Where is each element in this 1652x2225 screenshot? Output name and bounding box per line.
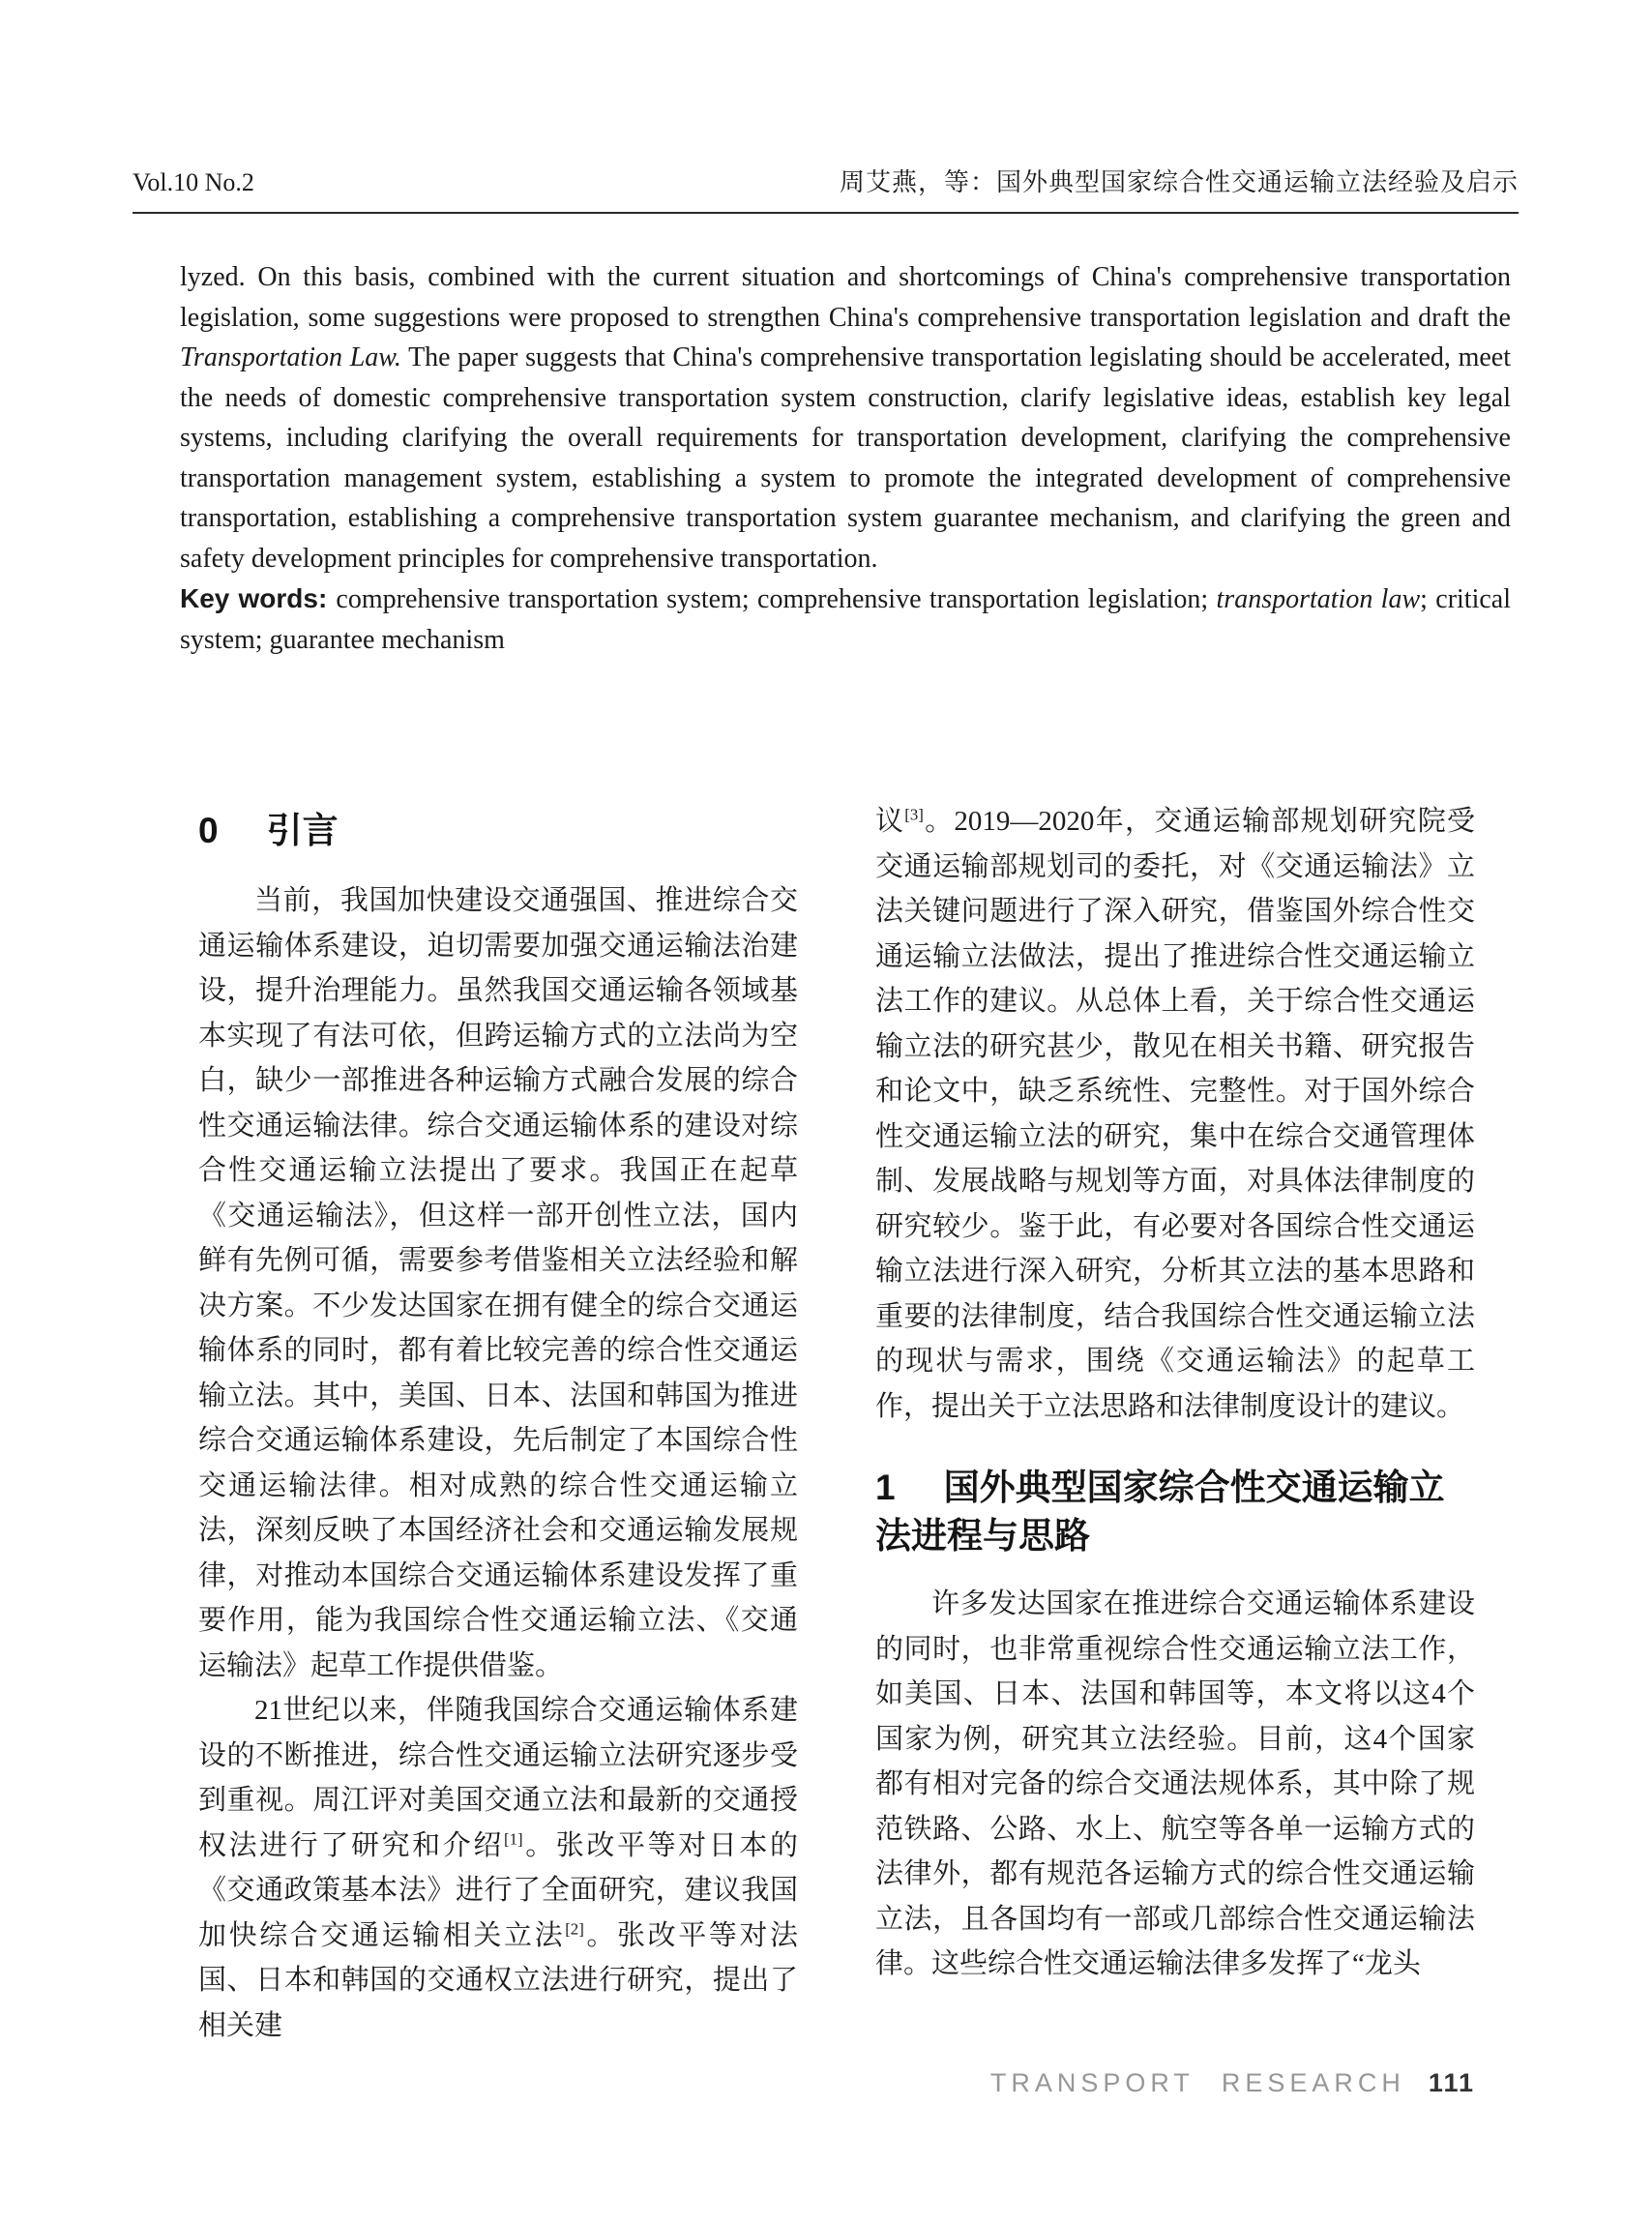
paper-page: Vol.10 No.2 周艾燕，等：国外典型国家综合性交通运输立法经验及启示 l…: [0, 0, 1652, 2225]
intro-paragraph-2-continuation: 议[3]。2019—2020年，交通运输部规划研究院受交通运输部规划司的委托，对…: [875, 799, 1475, 1429]
page-header: Vol.10 No.2 周艾燕，等：国外典型国家综合性交通运输立法经验及启示: [133, 163, 1519, 214]
page-number: 111: [1429, 2068, 1475, 2098]
section-0-title: 引言: [267, 811, 339, 850]
body-columns: 0引言 当前，我国加快建设交通强国、推进综合交通运输体系建设，迫切需要加强交通运…: [198, 793, 1475, 2048]
abstract-block: lyzed. On this basis, combined with the …: [180, 257, 1511, 660]
section-1-number: 1: [875, 1468, 896, 1507]
section-heading-0: 0引言: [198, 807, 798, 855]
volume-issue: Vol.10 No.2: [133, 168, 254, 197]
right-column: 议[3]。2019—2020年，交通运输部规划研究院受交通运输部规划司的委托，对…: [875, 793, 1475, 2048]
journal-name-en: TRANSPORT RESEARCH: [990, 2068, 1405, 2098]
intro-paragraph-1: 当前，我国加快建设交通强国、推进综合交通运输体系建设，迫切需要加强交通运输法治建…: [198, 878, 798, 1688]
section-1-paragraph: 许多发达国家在推进综合交通运输体系建设的同时，也非常重视综合性交通运输立法工作，…: [875, 1582, 1475, 1987]
left-column: 0引言 当前，我国加快建设交通强国、推进综合交通运输体系建设，迫切需要加强交通运…: [198, 793, 798, 2048]
running-title: 周艾燕，等：国外典型国家综合性交通运输立法经验及启示: [840, 163, 1519, 198]
section-1-title: 国外典型国家综合性交通运输立法进程与思路: [875, 1468, 1445, 1556]
keywords-line: Key words: comprehensive transportation …: [180, 578, 1511, 660]
page-footer: TRANSPORT RESEARCH 111: [990, 2068, 1475, 2098]
section-heading-1: 1国外典型国家综合性交通运输立法进程与思路: [875, 1464, 1475, 1560]
section-0-number: 0: [198, 811, 219, 850]
abstract-continuation-paragraph: lyzed. On this basis, combined with the …: [180, 257, 1511, 578]
intro-paragraph-2: 21世纪以来，伴随我国综合交通运输体系建设的不断推进，综合性交通运输立法研究逐步…: [198, 1688, 798, 2048]
